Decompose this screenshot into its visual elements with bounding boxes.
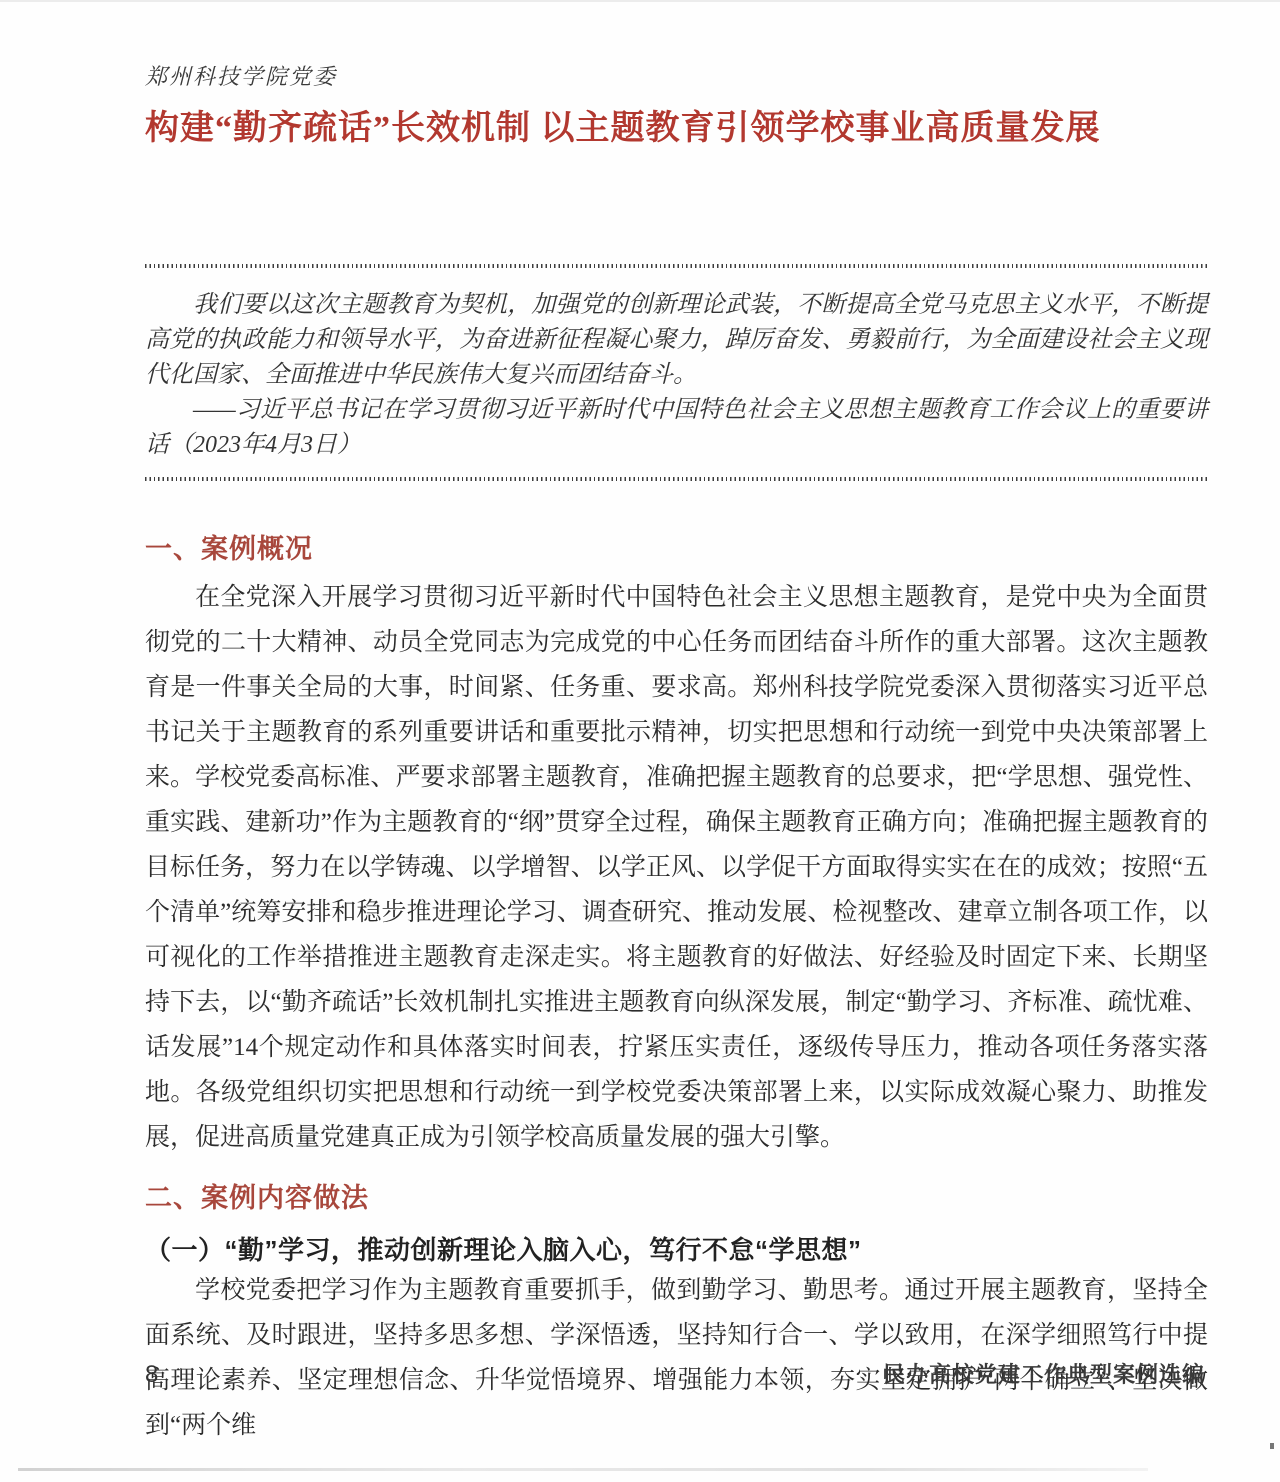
document-page: 郑州科技学院党委 构建“勤齐疏话”长效机制 以主题教育引领学校事业高质量发展 我…: [0, 0, 1280, 1482]
org-name: 郑州科技学院党委: [145, 62, 1208, 92]
quote-block: 我们要以这次主题教育为契机，加强党的创新理论武装，不断提高全党马克思主义水平，不…: [145, 268, 1208, 477]
page-number: 8: [145, 1361, 158, 1389]
book-title: 民办高校党建工作典型案例选编: [883, 1358, 1205, 1389]
section-2-heading: 二、案例内容做法: [145, 1180, 1208, 1216]
section-2-subheading: （一）“勤”学习，推动创新理论入脑入心，笃行不怠“学思想”: [145, 1232, 1208, 1268]
bottom-scan-line: [18, 1468, 1148, 1471]
scan-artifact-speck: [1270, 1443, 1274, 1449]
section-1-paragraph: 在全党深入开展学习贯彻习近平新时代中国特色社会主义思想主题教育，是党中央为全面贯…: [145, 575, 1208, 1160]
dotted-rule-bottom: [145, 477, 1208, 481]
page-content: 郑州科技学院党委 构建“勤齐疏话”长效机制 以主题教育引领学校事业高质量发展 我…: [145, 0, 1208, 1448]
page-footer: 8 民办高校党建工作典型案例选编: [145, 1358, 1205, 1389]
document-title: 构建“勤齐疏话”长效机制 以主题教育引领学校事业高质量发展: [145, 106, 1208, 152]
section-1-heading: 一、案例概况: [145, 531, 1208, 567]
quote-attribution: ——习近平总书记在学习贯彻习近平新时代中国特色社会主义思想主题教育工作会议上的重…: [145, 393, 1208, 463]
quote-text: 我们要以这次主题教育为契机，加强党的创新理论武装，不断提高全党马克思主义水平，不…: [145, 288, 1208, 393]
